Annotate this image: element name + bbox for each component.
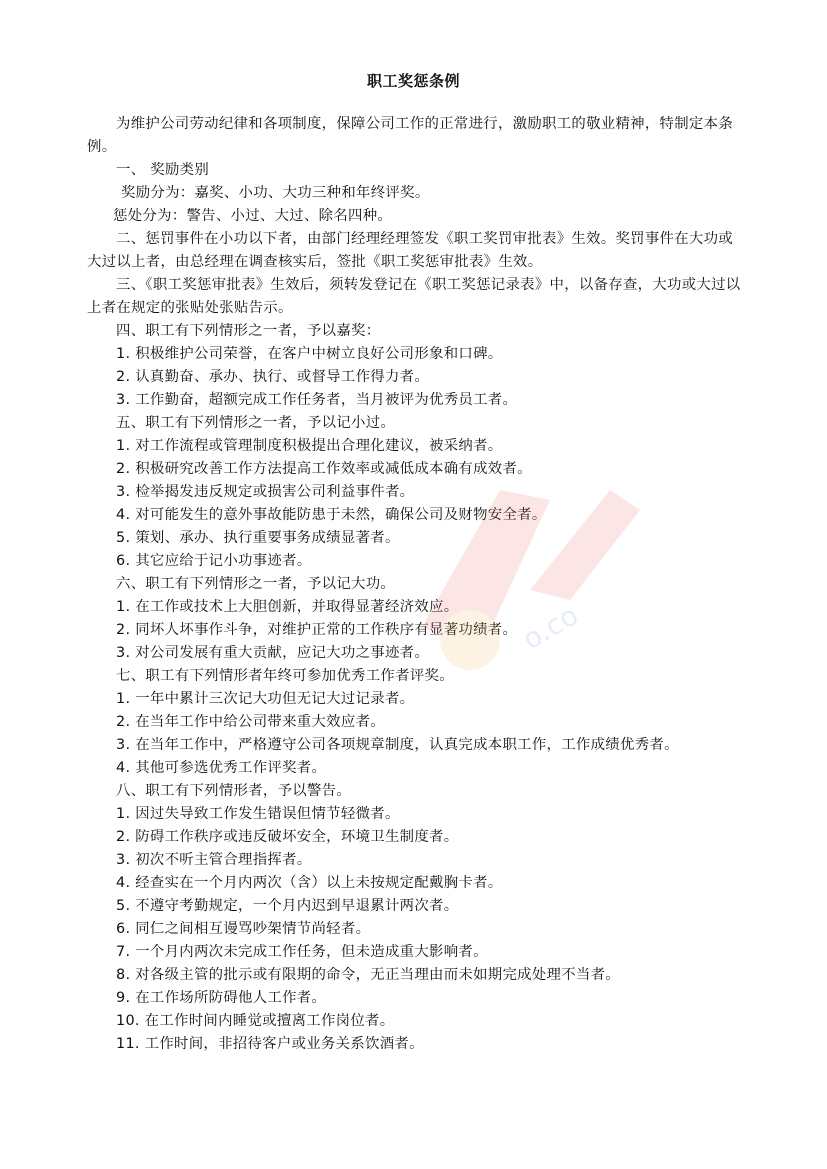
paragraph: 六、职工有下列情形之一者，予以记大功。 <box>87 573 742 596</box>
paragraph: 三、《职工奖惩审批表》生效后，须转发登记在《职工奖惩记录表》中，以备存查，大功或… <box>87 274 742 320</box>
paragraph: 七、职工有下列情形者年终可参加优秀工作者评奖。 <box>87 665 742 688</box>
paragraph: 1. 因过失导致工作发生错误但情节轻微者。 <box>87 803 742 826</box>
paragraph: 奖励分为：嘉奖、小功、大功三种和年终评奖。 <box>87 182 742 205</box>
paragraph: 惩处分为：警告、小过、大过、除名四种。 <box>87 205 742 228</box>
paragraph: 8. 对各级主管的批示或有限期的命令，无正当理由而未如期完成处理不当者。 <box>87 964 742 987</box>
paragraph: 2. 同坏人坏事作斗争，对维护正常的工作秩序有显著功绩者。 <box>87 619 742 642</box>
paragraph: 4. 其他可参选优秀工作评奖者。 <box>87 757 742 780</box>
paragraph: 6. 其它应给于记小功事迹者。 <box>87 550 742 573</box>
document-body: 为维护公司劳动纪律和各项制度，保障公司工作的正常进行，激励职工的敬业精神，特制定… <box>87 113 742 1056</box>
paragraph: 2. 积极研究改善工作方法提高工作效率或减低成本确有成效者。 <box>87 458 742 481</box>
document-page: 职工奖惩条例 为维护公司劳动纪律和各项制度，保障公司工作的正常进行，激励职工的敬… <box>0 0 827 1169</box>
paragraph: 11. 工作时间，非招待客户或业务关系饮酒者。 <box>87 1033 742 1056</box>
paragraph: 3. 检举揭发违反规定或损害公司利益事件者。 <box>87 481 742 504</box>
paragraph: 为维护公司劳动纪律和各项制度，保障公司工作的正常进行，激励职工的敬业精神，特制定… <box>87 113 742 159</box>
document-title: 职工奖惩条例 <box>0 70 827 91</box>
paragraph: 3. 工作勤奋，超额完成工作任务者，当月被评为优秀员工者。 <box>87 389 742 412</box>
paragraph: 1. 对工作流程或管理制度积极提出合理化建议，被采纳者。 <box>87 435 742 458</box>
paragraph: 3. 初次不听主管合理指挥者。 <box>87 849 742 872</box>
paragraph: 八、职工有下列情形者，予以警告。 <box>87 780 742 803</box>
paragraph: 4. 对可能发生的意外事故能防患于未然，确保公司及财物安全者。 <box>87 504 742 527</box>
paragraph: 5. 不遵守考勤规定，一个月内迟到早退累计两次者。 <box>87 895 742 918</box>
paragraph: 2. 在当年工作中给公司带来重大效应者。 <box>87 711 742 734</box>
paragraph: 1. 在工作或技术上大胆创新，并取得显著经济效应。 <box>87 596 742 619</box>
paragraph: 一、 奖励类别 <box>87 159 742 182</box>
paragraph: 2. 认真勤奋、承办、执行、或督导工作得力者。 <box>87 366 742 389</box>
paragraph: 2. 防碍工作秩序或违反破坏安全，环境卫生制度者。 <box>87 826 742 849</box>
paragraph: 四、职工有下列情形之一者，予以嘉奖： <box>87 320 742 343</box>
paragraph: 9. 在工作场所防碍他人工作者。 <box>87 987 742 1010</box>
paragraph: 5. 策划、承办、执行重要事务成绩显著者。 <box>87 527 742 550</box>
paragraph: 6. 同仁之间相互谩骂吵架情节尚轻者。 <box>87 918 742 941</box>
paragraph: 二、惩罚事件在小功以下者，由部门经理经理签发《职工奖罚审批表》生效。奖罚事件在大… <box>87 228 742 274</box>
paragraph: 1. 一年中累计三次记大功但无记大过记录者。 <box>87 688 742 711</box>
paragraph: 五、职工有下列情形之一者，予以记小过。 <box>87 412 742 435</box>
paragraph: 1. 积极维护公司荣誉，在客户中树立良好公司形象和口碑。 <box>87 343 742 366</box>
paragraph: 3. 在当年工作中，严格遵守公司各项规章制度，认真完成本职工作，工作成绩优秀者。 <box>87 734 742 757</box>
paragraph: 4. 经查实在一个月内两次（含）以上未按规定配戴胸卡者。 <box>87 872 742 895</box>
paragraph: 7. 一个月内两次未完成工作任务，但未造成重大影响者。 <box>87 941 742 964</box>
paragraph: 10. 在工作时间内睡觉或擅离工作岗位者。 <box>87 1010 742 1033</box>
paragraph: 3. 对公司发展有重大贡献，应记大功之事迹者。 <box>87 642 742 665</box>
